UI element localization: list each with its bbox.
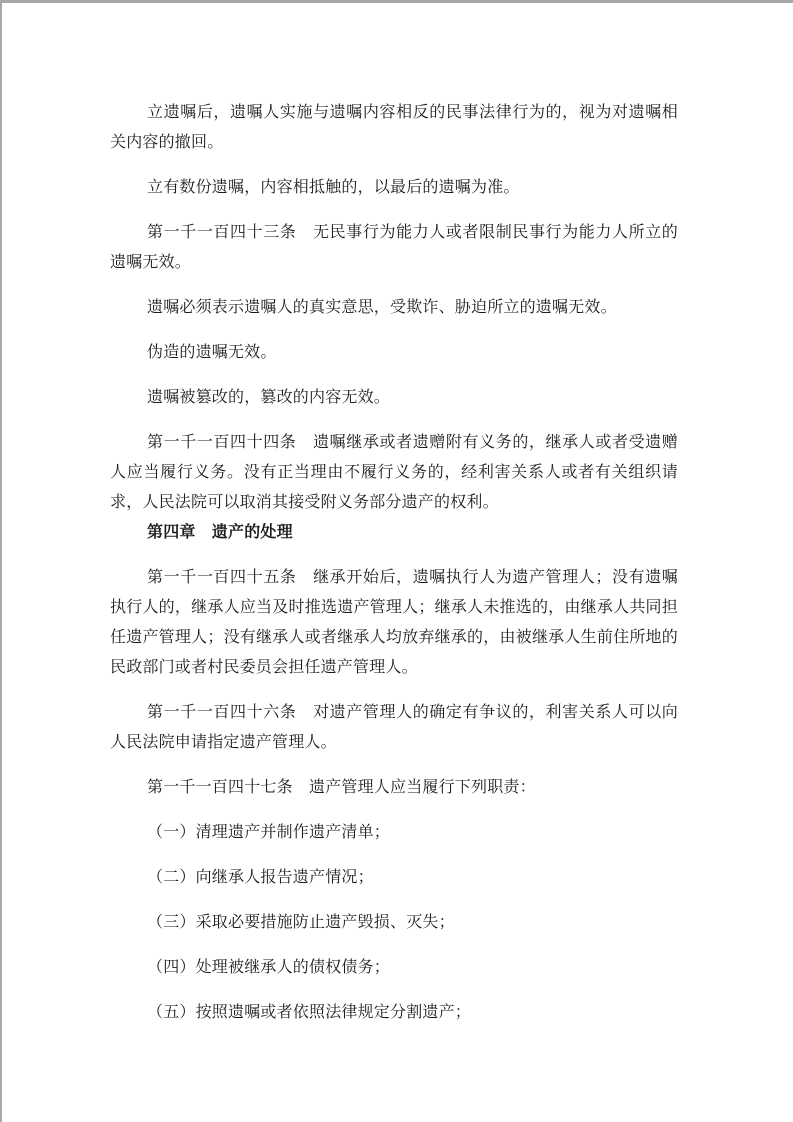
document-body: 立遗嘱后，遗嘱人实施与遗嘱内容相反的民事法律行为的，视为对遗嘱相关内容的撤回。 … (110, 98, 678, 1043)
paragraph-forged-will: 伪造的遗嘱无效。 (110, 338, 678, 368)
list-item-duty-3: （三）采取必要措施防止遗产毁损、灭失； (110, 908, 678, 938)
paragraph-will-contrary-act: 立遗嘱后，遗嘱人实施与遗嘱内容相反的民事法律行为的，视为对遗嘱相关内容的撤回。 (110, 98, 678, 158)
paragraph-article-1147: 第一千一百四十七条 遗产管理人应当履行下列职责： (110, 773, 678, 803)
list-item-duty-5: （五）按照遗嘱或者依照法律规定分割遗产； (110, 998, 678, 1028)
paragraph-article-1144: 第一千一百四十四条 遗嘱继承或者遗赠附有义务的，继承人或者受遗赠人应当履行义务。… (110, 428, 678, 518)
paragraph-article-1143: 第一千一百四十三条 无民事行为能力人或者限制民事行为能力人所立的遗嘱无效。 (110, 218, 678, 278)
paragraph-multiple-wills: 立有数份遗嘱，内容相抵触的，以最后的遗嘱为准。 (110, 173, 678, 203)
list-item-duty-4: （四）处理被继承人的债权债务； (110, 953, 678, 983)
list-item-duty-1: （一）清理遗产并制作遗产清单； (110, 818, 678, 848)
list-item-duty-2: （二）向继承人报告遗产情况； (110, 863, 678, 893)
paragraph-article-1146: 第一千一百四十六条 对遗产管理人的确定有争议的，利害关系人可以向人民法院申请指定… (110, 698, 678, 758)
document-page: 立遗嘱后，遗嘱人实施与遗嘱内容相反的民事法律行为的，视为对遗嘱相关内容的撤回。 … (0, 0, 793, 1122)
chapter-heading: 第四章 遗产的处理 (110, 518, 678, 548)
paragraph-will-true-intent: 遗嘱必须表示遗嘱人的真实意思，受欺诈、胁迫所立的遗嘱无效。 (110, 293, 678, 323)
paragraph-tampered-will: 遗嘱被篡改的，篡改的内容无效。 (110, 383, 678, 413)
paragraph-article-1145: 第一千一百四十五条 继承开始后，遗嘱执行人为遗产管理人；没有遗嘱执行人的，继承人… (110, 563, 678, 683)
